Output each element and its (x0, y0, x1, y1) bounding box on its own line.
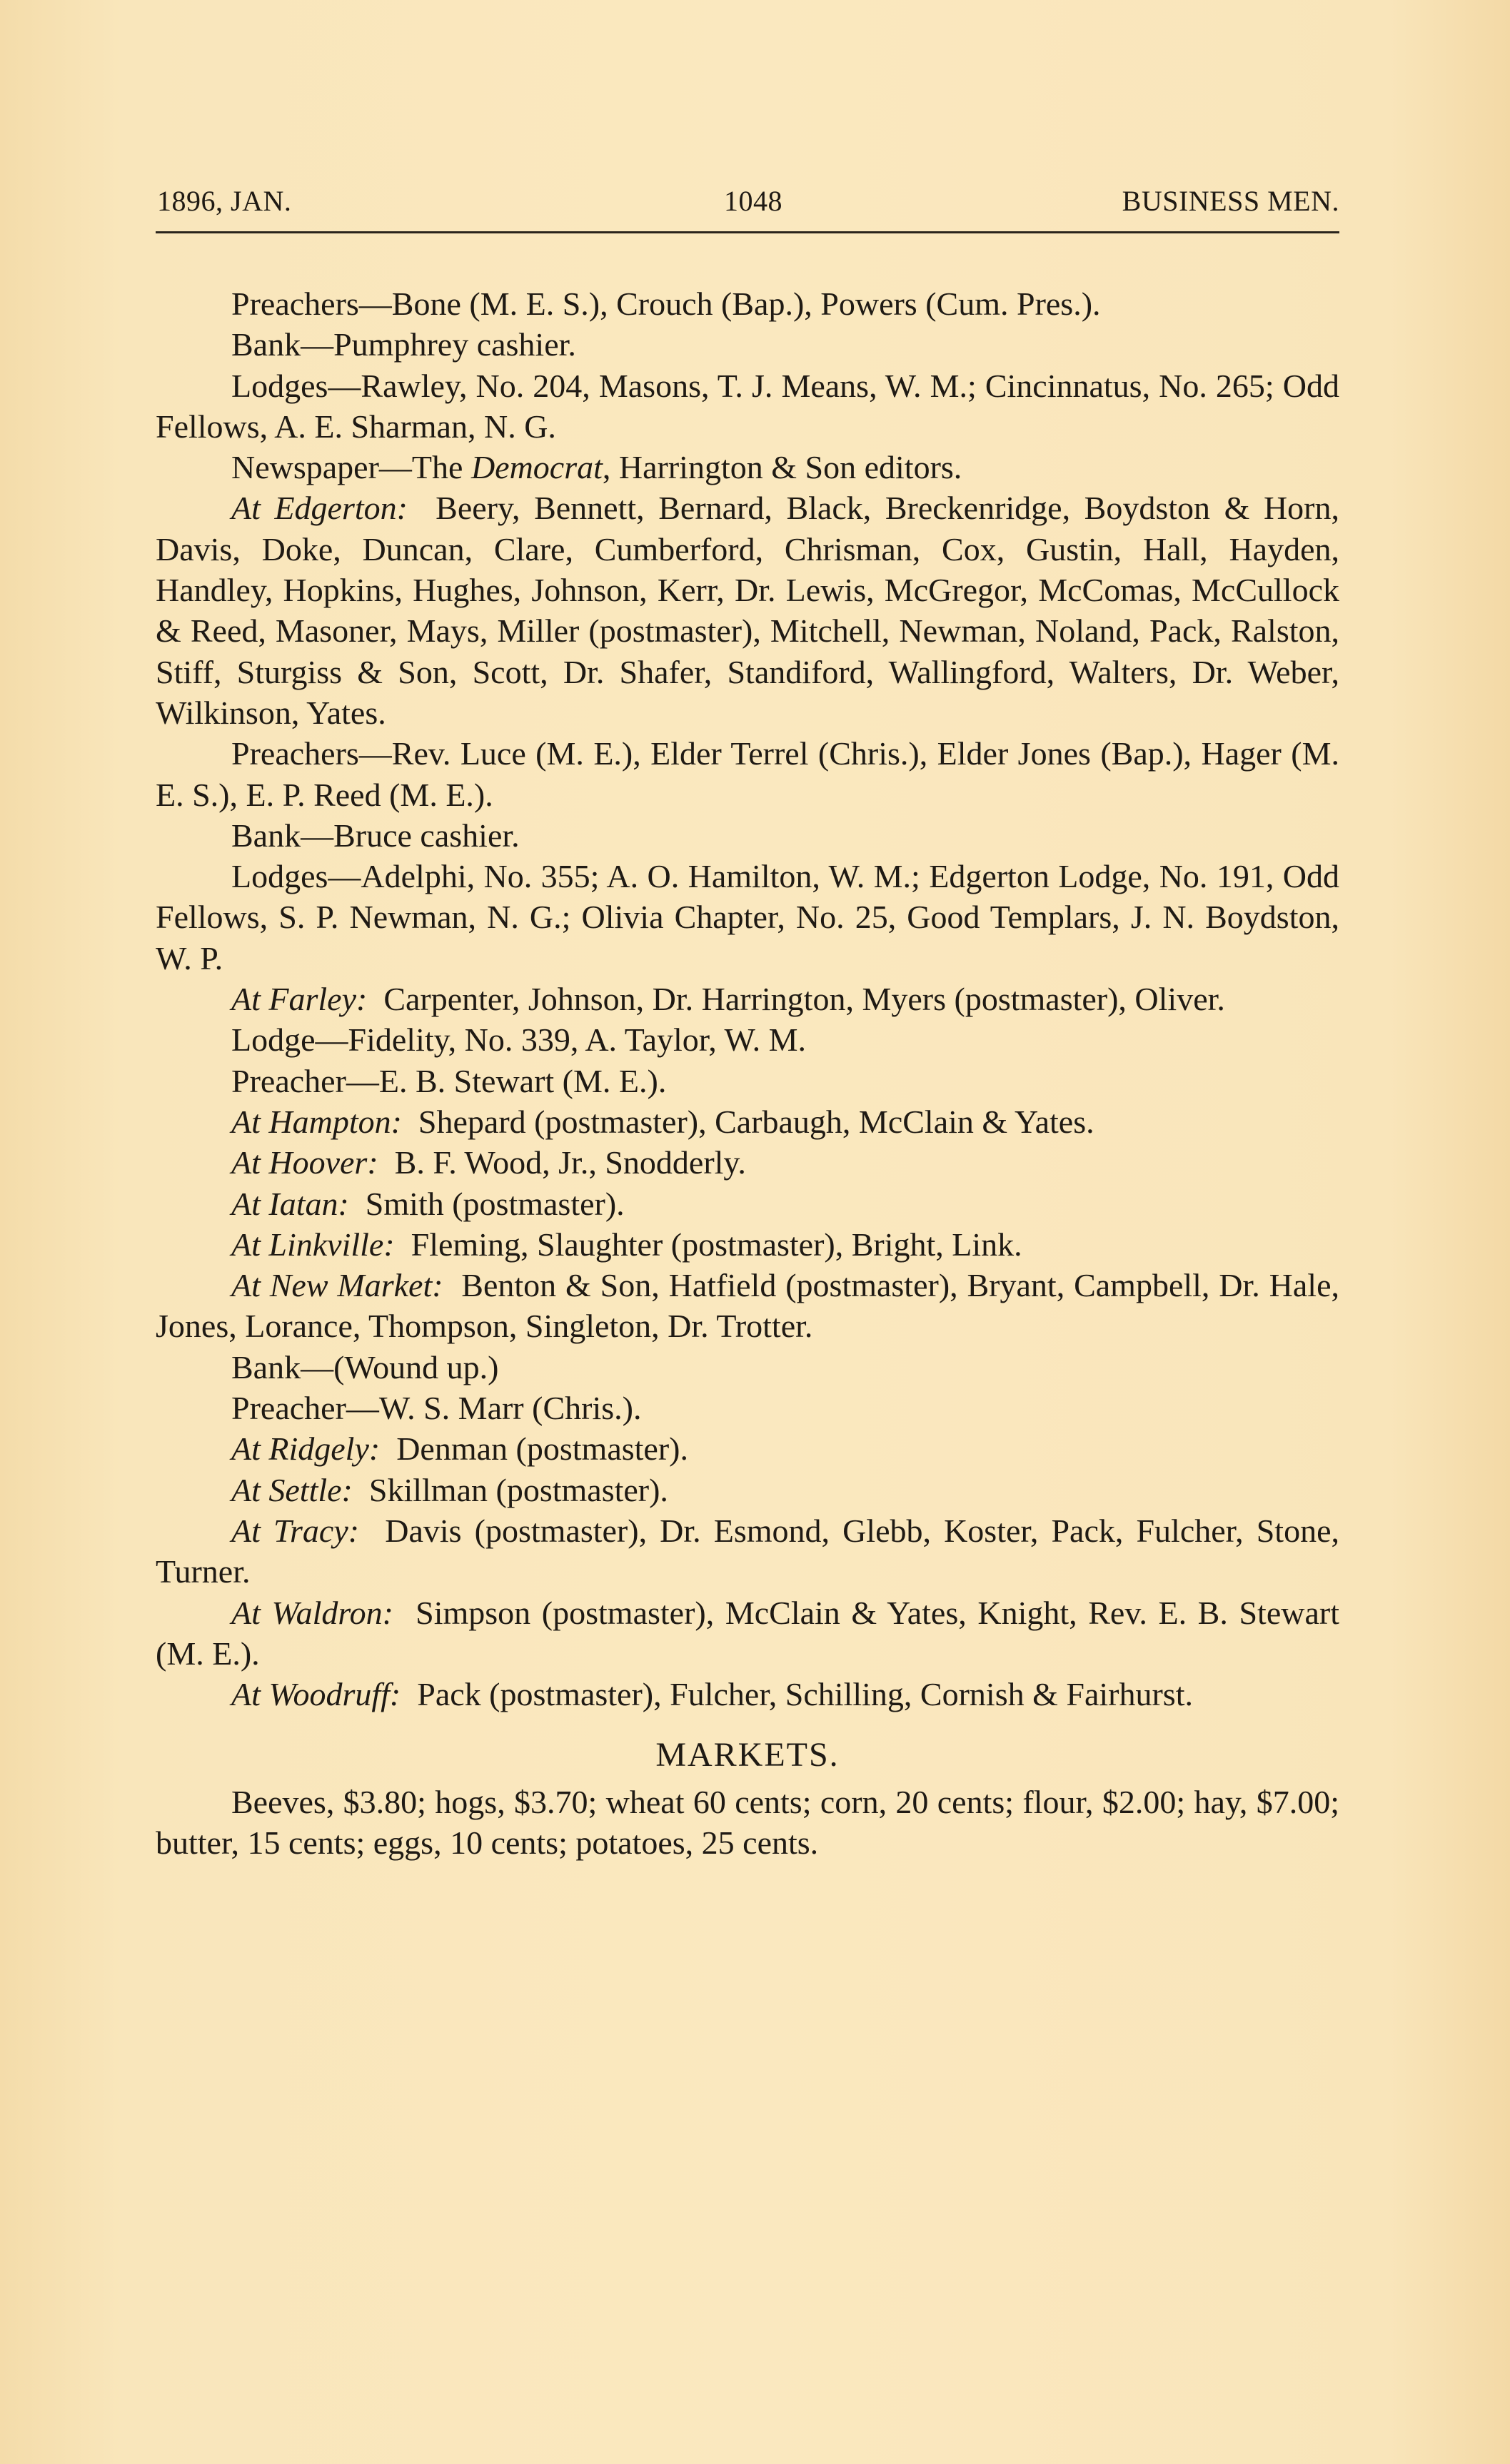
entry-text: Preachers—Rev. Luce (M. E.), Elder Terre… (156, 735, 1339, 812)
entry-preachers: Preachers—Rev. Luce (M. E.), Elder Terre… (156, 733, 1339, 815)
entry-text: Bank—Pumphrey cashier. (231, 326, 576, 363)
place-name: At Hampton: (231, 1104, 402, 1140)
entry-text: Fleming, Slaughter (postmaster), Bright,… (411, 1226, 1022, 1263)
place-name: At Waldron: (231, 1595, 393, 1631)
entry-text: Preachers—Bone (M. E. S.), Crouch (Bap.)… (231, 286, 1101, 322)
entry-settle: At Settle: Skillman (postmaster). (156, 1470, 1339, 1510)
entry-text: Carpenter, Johnson, Dr. Harrington, Myer… (383, 981, 1225, 1017)
entry-farley: At Farley: Carpenter, Johnson, Dr. Harri… (156, 979, 1339, 1019)
entry-bank: Bank—Bruce cashier. (156, 815, 1339, 856)
entry-text: , Harrington & Son editors. (603, 449, 962, 485)
entry-text: Skillman (postmaster). (369, 1472, 668, 1508)
page-body: Preachers—Bone (M. E. S.), Crouch (Bap.)… (156, 283, 1339, 1863)
page-number: 1048 (724, 184, 782, 218)
entry-lodge: Lodge—Fidelity, No. 339, A. Taylor, W. M… (156, 1019, 1339, 1060)
markets-prices: Beeves, $3.80; hogs, $3.70; wheat 60 cen… (156, 1782, 1339, 1864)
book-page: 1896, JAN. 1048 BUSINESS MEN. Preachers—… (156, 178, 1339, 1863)
entry-lodges: Lodges—Adelphi, No. 355; A. O. Hamilton,… (156, 856, 1339, 979)
place-name: At Settle: (231, 1472, 353, 1508)
entry-text: Lodge—Fidelity, No. 339, A. Taylor, W. M… (231, 1021, 806, 1058)
entry-text: Shepard (postmaster), Carbaugh, McClain … (418, 1104, 1094, 1140)
entry-edgerton: At Edgerton: Beery, Bennett, Bernard, Bl… (156, 488, 1339, 733)
entry-text: Bank—Bruce cashier. (231, 817, 520, 854)
place-name: At Edgerton: (231, 490, 408, 526)
entry-text: B. F. Wood, Jr., Snodderly. (395, 1144, 746, 1181)
header-rule (156, 231, 1339, 233)
entry-waldron: At Waldron: Simpson (postmaster), McClai… (156, 1592, 1339, 1675)
place-name: At Tracy: (231, 1513, 359, 1549)
entry-tracy: At Tracy: Davis (postmaster), Dr. Esmond… (156, 1510, 1339, 1592)
place-name: At Farley: (231, 981, 367, 1017)
entry-linkville: At Linkville: Fleming, Slaughter (postma… (156, 1224, 1339, 1265)
entry-hoover: At Hoover: B. F. Wood, Jr., Snodderly. (156, 1142, 1339, 1183)
place-name: At Hoover: (231, 1144, 378, 1181)
entry-new-market: At New Market: Benton & Son, Hatfield (p… (156, 1265, 1339, 1347)
entry-text: Bank—(Wound up.) (231, 1349, 498, 1385)
entry-text: Preacher—W. S. Marr (Chris.). (231, 1390, 641, 1426)
entry-lodges: Lodges—Rawley, No. 204, Masons, T. J. Me… (156, 365, 1339, 448)
entry-text: Preacher—E. B. Stewart (M. E.). (231, 1063, 666, 1099)
entry-ridgely: At Ridgely: Denman (postmaster). (156, 1428, 1339, 1469)
entry-preacher: Preacher—W. S. Marr (Chris.). (156, 1388, 1339, 1428)
entry-woodruff: At Woodruff: Pack (postmaster), Fulcher,… (156, 1674, 1339, 1715)
entry-bank: Bank—(Wound up.) (156, 1347, 1339, 1388)
entry-text: Pack (postmaster), Fulcher, Schilling, C… (417, 1676, 1193, 1712)
running-head: 1896, JAN. 1048 BUSINESS MEN. (156, 178, 1339, 220)
entry-text: Lodges—Adelphi, No. 355; A. O. Hamilton,… (156, 858, 1339, 976)
entry-text: Denman (postmaster). (396, 1430, 688, 1467)
place-name: At Ridgely: (231, 1430, 380, 1467)
markets-heading: MARKETS. (156, 1735, 1339, 1775)
running-head-date: 1896, JAN. (157, 184, 291, 218)
place-name: At Woodruff: (231, 1676, 401, 1712)
entry-bank: Bank—Pumphrey cashier. (156, 324, 1339, 365)
entry-preacher: Preacher—E. B. Stewart (M. E.). (156, 1061, 1339, 1101)
place-name: At Iatan: (231, 1186, 349, 1222)
entry-text: Smith (postmaster). (366, 1186, 625, 1222)
entry-text: Newspaper—The (231, 449, 471, 485)
entry-iatan: At Iatan: Smith (postmaster). (156, 1183, 1339, 1224)
entry-newspaper: Newspaper—The Democrat, Harrington & Son… (156, 447, 1339, 488)
running-head-section: BUSINESS MEN. (1122, 184, 1339, 218)
place-name: At New Market: (231, 1267, 443, 1303)
place-name: At Linkville: (231, 1226, 395, 1263)
newspaper-title: Democrat (471, 449, 603, 485)
entry-preachers: Preachers—Bone (M. E. S.), Crouch (Bap.)… (156, 283, 1339, 324)
entry-hampton: At Hampton: Shepard (postmaster), Carbau… (156, 1101, 1339, 1142)
entry-text: Lodges—Rawley, No. 204, Masons, T. J. Me… (156, 368, 1339, 445)
